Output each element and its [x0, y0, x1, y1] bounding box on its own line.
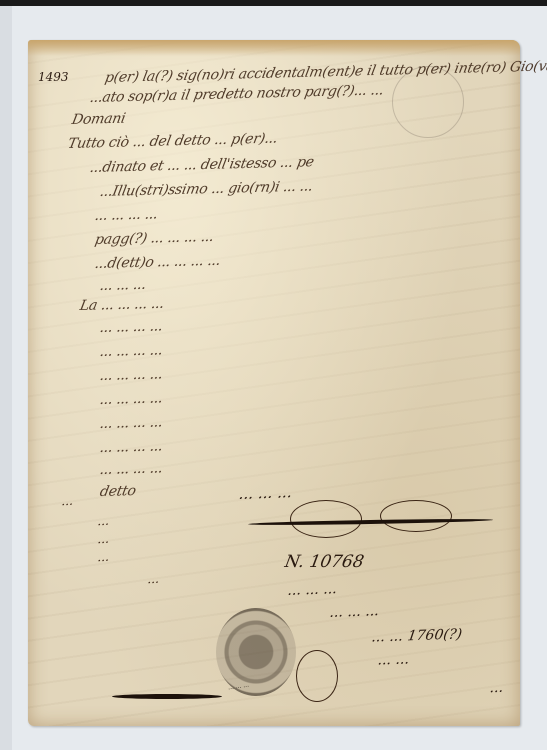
- body-line: ...d(ett)o ... ... ... ...: [94, 253, 222, 272]
- body-line: ... ... ...: [99, 277, 148, 294]
- registry-note: ... ... ...: [329, 603, 380, 621]
- registry-note: ...: [489, 680, 505, 696]
- body-line: ... ... ... ...: [99, 438, 165, 456]
- signature: ... ... ...: [237, 483, 295, 503]
- body-line: ... ... ... ...: [99, 366, 165, 384]
- scan-left-border: [0, 6, 12, 750]
- body-line: detto: [99, 483, 138, 500]
- margin-note: ...: [97, 550, 111, 565]
- margin-note: ...: [97, 514, 111, 529]
- registry-number: N. 10768: [283, 552, 365, 572]
- registry-note: ... ... ...: [287, 581, 338, 599]
- body-line: La ... ... ... ...: [79, 296, 166, 314]
- signature-flourish-loop: [380, 500, 452, 532]
- body-line: Domani: [71, 111, 127, 128]
- official-seal: [216, 608, 296, 696]
- registry-note: ... ...: [377, 651, 411, 668]
- reference-number: 1493: [38, 70, 69, 84]
- body-line: pagg(?) ... ... ... ...: [94, 229, 216, 248]
- body-line: ... ... ... ...: [99, 342, 165, 360]
- margin-note: ...: [97, 532, 111, 547]
- registry-note: ... ... 1760(?): [371, 626, 463, 645]
- body-line: ... ... ... ...: [99, 390, 165, 408]
- scan-top-border: [0, 0, 547, 6]
- body-line: ... ... ... ...: [99, 318, 165, 336]
- signature-flourish-loop: [290, 500, 362, 538]
- margin-note: ...: [147, 572, 161, 587]
- body-line: ... ... ... ...: [94, 206, 160, 224]
- ink-stroke: [112, 694, 222, 699]
- body-line: ... ... ... ...: [99, 460, 165, 478]
- body-line: ... ... ... ...: [99, 414, 165, 432]
- margin-note: ...: [61, 494, 75, 509]
- registry-flourish: [296, 650, 338, 702]
